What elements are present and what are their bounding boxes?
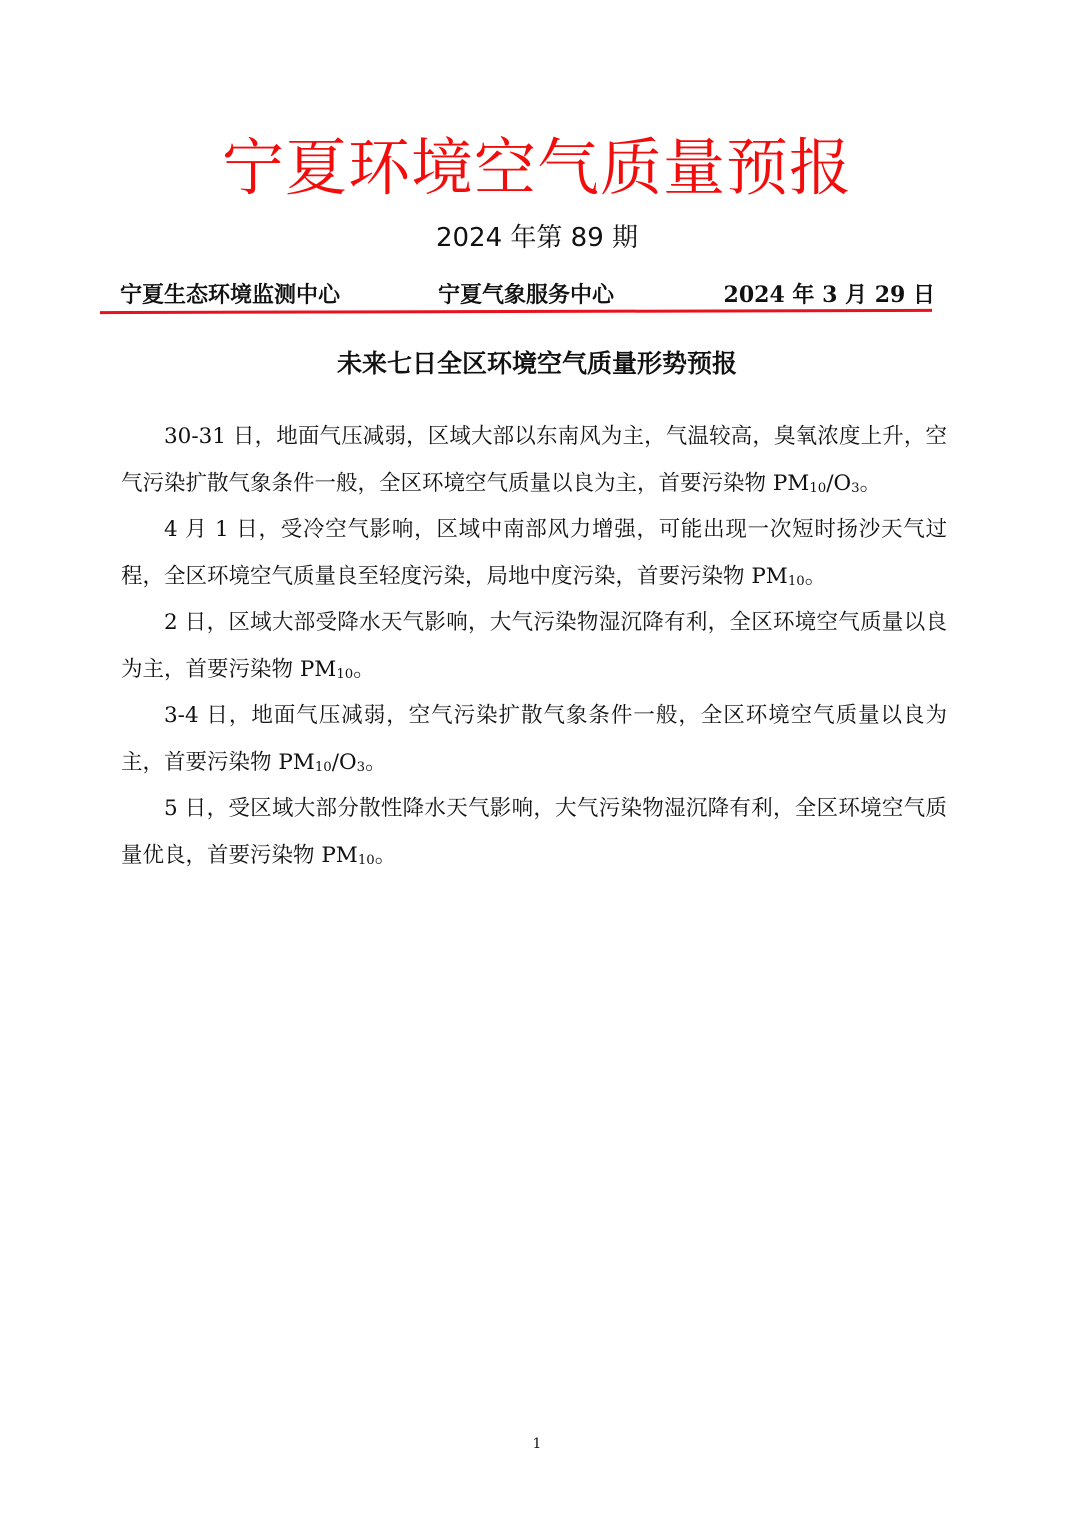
page-number: 1 xyxy=(0,1436,1074,1452)
issue-number: 2024 年第 89 期 xyxy=(0,218,1074,258)
publisher-org-1: 宁夏生态环境监测中心 xyxy=(120,278,340,309)
forecast-paragraph: 2 日，区域大部受降水天气影响，大气污染物湿沉降有利，全区环境空气质量以良为主，… xyxy=(121,600,947,693)
forecast-paragraph: 30-31 日，地面气压减弱，区域大部以东南风为主，气温较高，臭氧浓度上升，空气… xyxy=(121,414,947,507)
section-heading: 未来七日全区环境空气质量形势预报 xyxy=(0,344,1074,384)
publisher-org-2: 宁夏气象服务中心 xyxy=(438,278,614,309)
publish-date: 2024 年 3 月 29 日 xyxy=(724,278,935,309)
forecast-paragraph: 5 日，受区域大部分散性降水天气影响，大气污染物湿沉降有利，全区环境空气质量优良… xyxy=(121,786,947,879)
forecast-paragraph: 4 月 1 日，受冷空气影响，区域中南部风力增强，可能出现一次短时扬沙天气过程，… xyxy=(121,507,947,600)
forecast-paragraph: 3-4 日，地面气压减弱，空气污染扩散气象条件一般，全区环境空气质量以良为主，首… xyxy=(121,693,947,786)
publisher-line: 宁夏生态环境监测中心 宁夏气象服务中心 2024 年 3 月 29 日 xyxy=(120,278,935,312)
forecast-body: 30-31 日，地面气压减弱，区域大部以东南风为主，气温较高，臭氧浓度上升，空气… xyxy=(121,414,947,879)
masthead-title: 宁夏环境空气质量预报 xyxy=(0,128,1074,208)
